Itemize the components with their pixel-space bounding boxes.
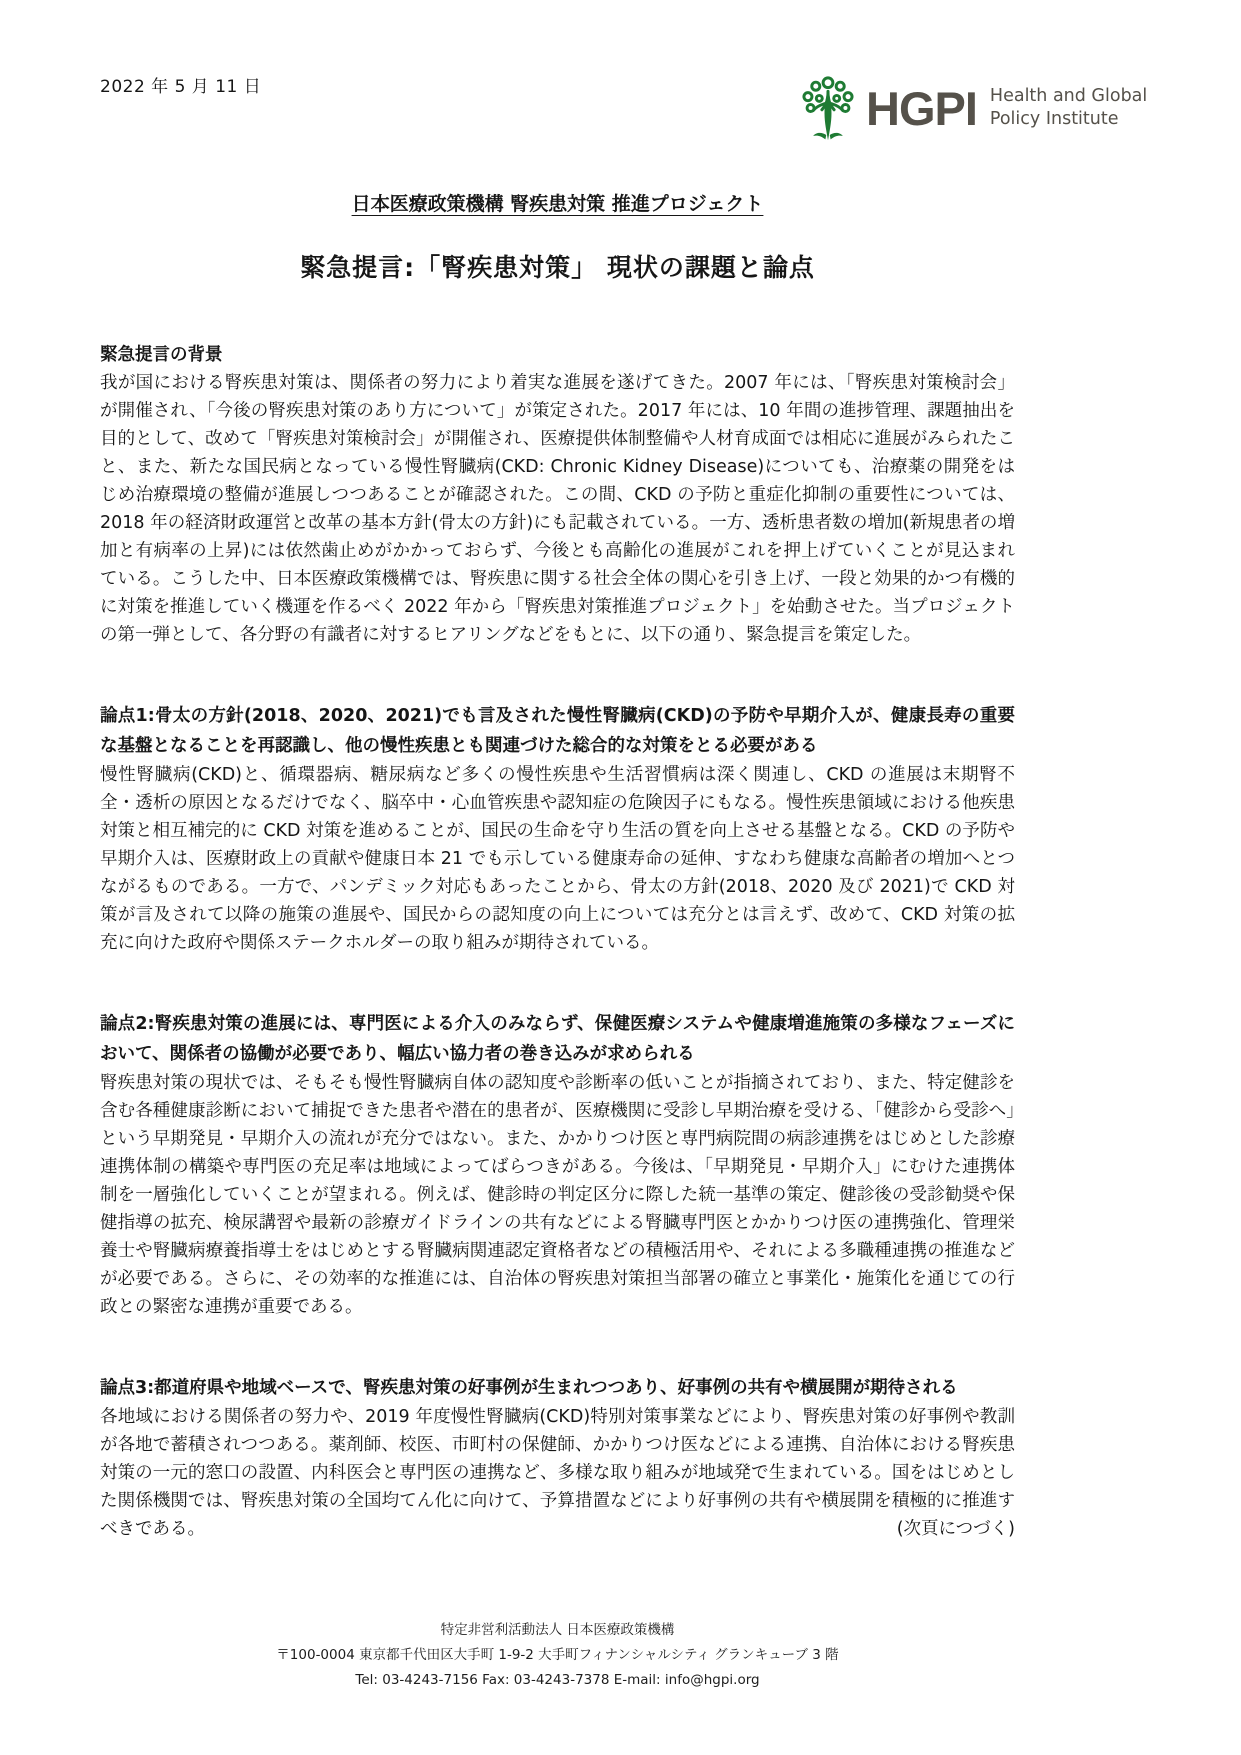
section-body-point3-text: 各地域における関係者の努力や、2019 年度慢性腎臓病(CKD)特別対策事業など… xyxy=(100,1407,1015,1539)
document-footer: 特定非営利活動法人 日本医療政策機構 〒100-0004 東京都千代田区大手町 … xyxy=(100,1618,1015,1693)
logo-acronym: HGPI xyxy=(866,85,977,132)
footer-contact: Tel: 03-4243-7156 Fax: 03-4243-7378 E-ma… xyxy=(100,1668,1015,1693)
project-line: 日本医療政策機構 腎疾患対策 推進プロジェクト xyxy=(100,190,1015,218)
section-heading-point1: 論点1:骨太の方針(2018、2020、2021)でも言及された慢性腎臓病(CK… xyxy=(100,701,1015,761)
logo-org-name: Health and Global Policy Institute xyxy=(990,85,1147,131)
logo-org-line2: Policy Institute xyxy=(990,108,1147,131)
hgpi-logo: HGPI Health and Global Policy Institute xyxy=(800,74,1147,142)
section-heading-point3: 論点3:都道府県や地域ベースで、腎疾患対策の好事例が生まれつつあり、好事例の共有… xyxy=(100,1373,1015,1403)
logo-org-line1: Health and Global xyxy=(990,85,1147,108)
footer-org-name: 特定非営利活動法人 日本医療政策機構 xyxy=(100,1618,1015,1643)
section-heading-point2: 論点2:腎疾患対策の進展には、専門医による介入のみならず、保健医療システムや健康… xyxy=(100,1009,1015,1069)
footer-address: 〒100-0004 東京都千代田区大手町 1-9-2 大手町フィナンシャルシティ… xyxy=(100,1643,1015,1668)
section-heading-background: 緊急提言の背景 xyxy=(100,341,1015,369)
document-date: 2022 年 5 月 11 日 xyxy=(100,72,261,97)
section-body-point1: 慢性腎臓病(CKD)と、循環器病、糖尿病など多くの慢性疾患や生活習慣病は深く関連… xyxy=(100,761,1015,957)
document-body: 日本医療政策機構 腎疾患対策 推進プロジェクト 緊急提言:「腎疾患対策」 現状の… xyxy=(100,190,1015,1543)
section-body-point2: 腎疾患対策の現状では、そもそも慢性腎臓病自体の認知度や診断率の低いことが指摘され… xyxy=(100,1069,1015,1321)
continued-next-page-note: (次頁につづく) xyxy=(897,1515,1015,1543)
project-line-text: 日本医療政策機構 腎疾患対策 推進プロジェクト xyxy=(352,193,764,215)
tree-icon xyxy=(800,74,856,142)
section-body-background: 我が国における腎疾患対策は、関係者の努力により着実な進展を遂げてきた。2007 … xyxy=(100,369,1015,649)
section-body-point3: 各地域における関係者の努力や、2019 年度慢性腎臓病(CKD)特別対策事業など… xyxy=(100,1403,1015,1543)
page-title: 緊急提言:「腎疾患対策」 現状の課題と論点 xyxy=(100,250,1015,286)
